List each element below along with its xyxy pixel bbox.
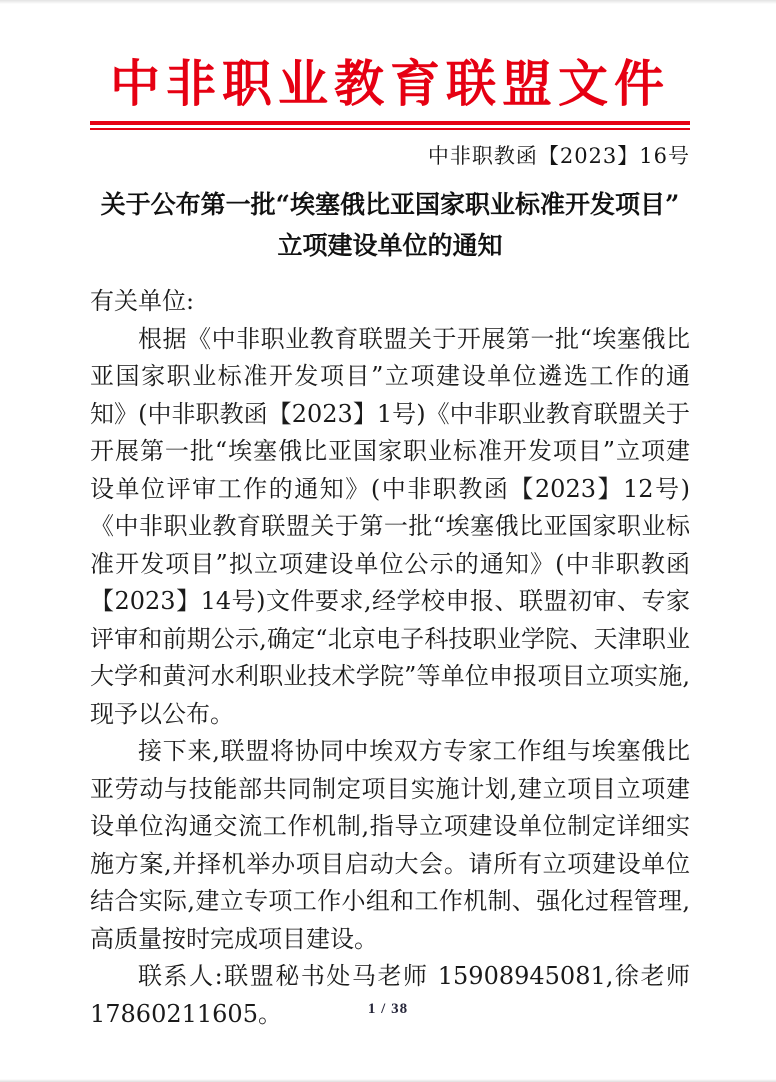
red-rule-thick	[90, 121, 690, 125]
document-number: 中非职教函【2023】16号	[90, 140, 690, 170]
paragraph-basis: 根据《中非职业教育联盟关于开展第一批“埃塞俄比亚国家职业标准开发项目”立项建设单…	[90, 321, 690, 734]
document-title: 关于公布第一批“埃塞俄比亚国家职业标准开发项目” 立项建设单位的通知	[90, 184, 690, 266]
document-body: 有关单位: 根据《中非职业教育联盟关于开展第一批“埃塞俄比亚国家职业标准开发项目…	[90, 283, 690, 1033]
org-title: 中非职业教育联盟文件	[90, 54, 690, 114]
red-double-rule	[90, 121, 690, 130]
salutation: 有关单位:	[90, 283, 690, 321]
paragraph-contacts: 联系人:联盟秘书处马老师 15908945081,徐老师 17860211605…	[90, 958, 690, 1033]
paragraph-next-steps: 接下来,联盟将协同中埃双方专家工作组与埃塞俄比亚劳动与技能部共同制定项目实施计划…	[90, 733, 690, 958]
page-indicator: 1 / 38	[0, 1001, 776, 1018]
document-title-line-1: 关于公布第一批“埃塞俄比亚国家职业标准开发项目”	[90, 184, 690, 225]
red-rule-thin	[90, 128, 690, 130]
document-page: 中非职业教育联盟文件 中非职教函【2023】16号 关于公布第一批“埃塞俄比亚国…	[0, 0, 776, 1082]
document-header: 中非职业教育联盟文件 中非职教函【2023】16号	[90, 54, 690, 170]
document-title-line-2: 立项建设单位的通知	[90, 225, 690, 266]
